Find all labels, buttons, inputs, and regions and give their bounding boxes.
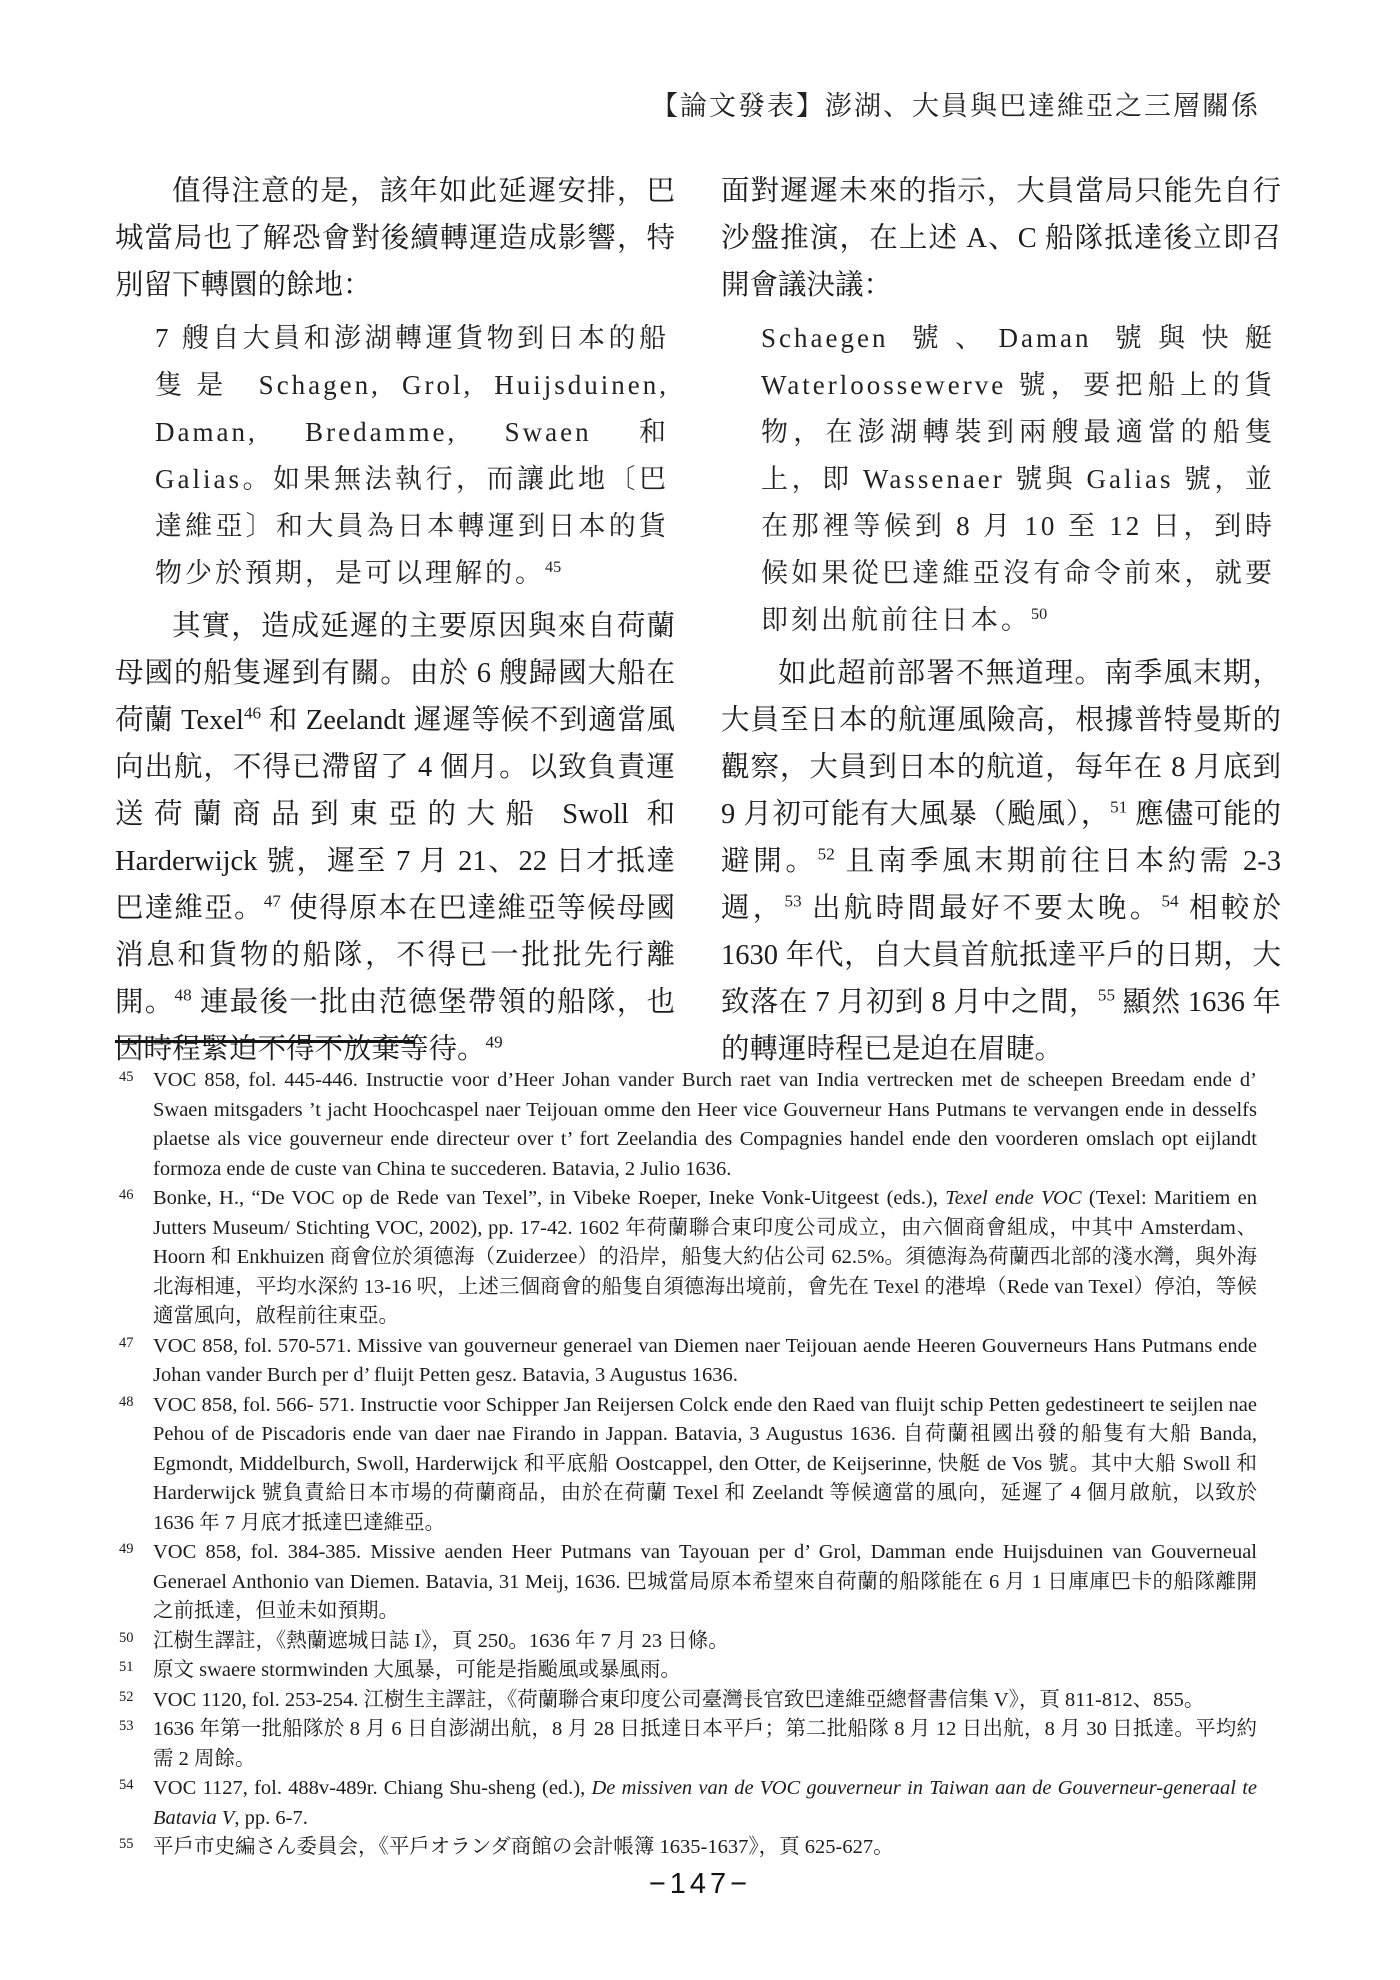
- footnote-item: 54VOC 1127, fol. 488v-489r. Chiang Shu-s…: [115, 1774, 1257, 1833]
- footnote-text: VOC 858, fol. 570-571. Missive van gouve…: [153, 1335, 1257, 1387]
- body-paragraph: 如此超前部署不無道理。南季風末期，大員至日本的航運風險高，根據普特曼斯的觀察，大…: [721, 650, 1281, 1073]
- footnote-number: 46: [119, 1181, 134, 1211]
- footnote-item: 47VOC 858, fol. 570-571. Missive van gou…: [115, 1332, 1257, 1391]
- footnote-ref: 45: [545, 558, 561, 576]
- running-head: 【論文發表】澎湖、大員與巴達維亞之三層關係: [115, 84, 1260, 123]
- footnote-ref: 50: [1031, 605, 1047, 623]
- page-number: −147−: [0, 1868, 1400, 1901]
- footnotes-section: 45VOC 858, fol. 445-446. Instructie voor…: [115, 1066, 1257, 1863]
- footnote-ref: 49: [486, 1033, 503, 1052]
- footnote-text: 江樹生譯註，《熱蘭遮城日誌 I》，頁 250。1636 年 7 月 23 日條。: [153, 1630, 729, 1652]
- footnote-number: 47: [119, 1329, 134, 1359]
- scanned-paper-page: 【論文發表】澎湖、大員與巴達維亞之三層關係 值得注意的是，該年如此延遲安排，巴城…: [0, 0, 1400, 1980]
- footnote-item: 52VOC 1120, fol. 253-254. 江樹生主譯註，《荷蘭聯合東印…: [115, 1686, 1257, 1716]
- left-column: 值得注意的是，該年如此延遲安排，巴城當局也了解恐會對後續轉運造成影響，特別留下轉…: [115, 168, 675, 1073]
- footnote-text: VOC 858, fol. 566- 571. Instructie voor …: [153, 1394, 1257, 1534]
- footnote-text: Bonke, H., “De VOC op de Rede van Texel”…: [153, 1187, 1257, 1327]
- footnote-text: VOC 1127, fol. 488v-489r. Chiang Shu-she…: [153, 1777, 1257, 1829]
- footnote-ref: 46: [244, 704, 261, 723]
- footnote-number: 53: [119, 1712, 134, 1742]
- footnote-item: 49VOC 858, fol. 384-385. Missive aenden …: [115, 1538, 1257, 1627]
- page-number-text: −147−: [649, 1868, 751, 1900]
- footnote-number: 45: [119, 1063, 134, 1093]
- footnote-item: 531636 年第一批船隊於 8 月 6 日自澎湖出航，8 月 28 日抵達日本…: [115, 1715, 1257, 1774]
- footnote-item: 46Bonke, H., “De VOC op de Rede van Texe…: [115, 1184, 1257, 1332]
- right-column: 面對遲遲未來的指示，大員當局只能先自行沙盤推演，在上述 A、C 船隊抵達後立即召…: [721, 168, 1281, 1073]
- footnote-number: 55: [119, 1830, 134, 1860]
- footnote-number: 54: [119, 1771, 134, 1801]
- footnote-text: VOC 858, fol. 384-385. Missive aenden He…: [153, 1541, 1257, 1622]
- footnote-text: 1636 年第一批船隊於 8 月 6 日自澎湖出航，8 月 28 日抵達日本平戶…: [153, 1718, 1257, 1770]
- footnote-number: 49: [119, 1535, 134, 1565]
- footnote-ref: 55: [1098, 986, 1115, 1005]
- footnote-separator-rule: [115, 1040, 415, 1043]
- footnote-ref: 54: [1161, 892, 1178, 911]
- footnote-text: VOC 858, fol. 445-446. Instructie voor d…: [153, 1069, 1257, 1180]
- footnote-item: 55平戶市史編さん委員会，《平戶オランダ商館の会計帳簿 1635-1637》，頁…: [115, 1833, 1257, 1863]
- footnote-item: 51原文 swaere stormwinden 大風暴，可能是指颱風或暴風雨。: [115, 1656, 1257, 1686]
- two-column-body: 值得注意的是，該年如此延遲安排，巴城當局也了解恐會對後續轉運造成影響，特別留下轉…: [115, 168, 1281, 1073]
- footnote-ref: 47: [264, 892, 281, 911]
- block-quote: Schaegen 號、Daman 號與快艇 Waterloossewerve 號…: [761, 315, 1275, 644]
- footnote-text: 原文 swaere stormwinden 大風暴，可能是指颱風或暴風雨。: [153, 1659, 681, 1681]
- footnote-item: 45VOC 858, fol. 445-446. Instructie voor…: [115, 1066, 1257, 1184]
- footnote-text: VOC 1120, fol. 253-254. 江樹生主譯註，《荷蘭聯合東印度公…: [153, 1689, 1204, 1711]
- footnote-ref: 53: [785, 892, 802, 911]
- footnote-ref: 48: [175, 986, 192, 1005]
- body-paragraph: 其實，造成延遲的主要原因與來自荷蘭母國的船隻遲到有關。由於 6 艘歸國大船在荷蘭…: [115, 603, 675, 1073]
- footnote-ref: 52: [818, 845, 835, 864]
- footnote-item: 48VOC 858, fol. 566- 571. Instructie voo…: [115, 1391, 1257, 1539]
- footnote-number: 50: [119, 1624, 134, 1654]
- footnote-number: 51: [119, 1653, 134, 1683]
- footnote-number: 52: [119, 1683, 134, 1713]
- block-quote: 7 艘自大員和澎湖轉運貨物到日本的船隻是 Schagen, Grol, Huij…: [155, 315, 669, 597]
- body-paragraph: 值得注意的是，該年如此延遲安排，巴城當局也了解恐會對後續轉運造成影響，特別留下轉…: [115, 168, 675, 309]
- footnote-number: 48: [119, 1388, 134, 1418]
- footnote-item: 50江樹生譯註，《熱蘭遮城日誌 I》，頁 250。1636 年 7 月 23 日…: [115, 1627, 1257, 1657]
- footnote-text: 平戶市史編さん委員会，《平戶オランダ商館の会計帳簿 1635-1637》，頁 6…: [153, 1836, 894, 1858]
- footnote-ref: 51: [1110, 798, 1127, 817]
- running-head-title: 【論文發表】澎湖、大員與巴達維亞之三層關係: [651, 91, 1260, 121]
- body-paragraph: 面對遲遲未來的指示，大員當局只能先自行沙盤推演，在上述 A、C 船隊抵達後立即召…: [721, 168, 1281, 309]
